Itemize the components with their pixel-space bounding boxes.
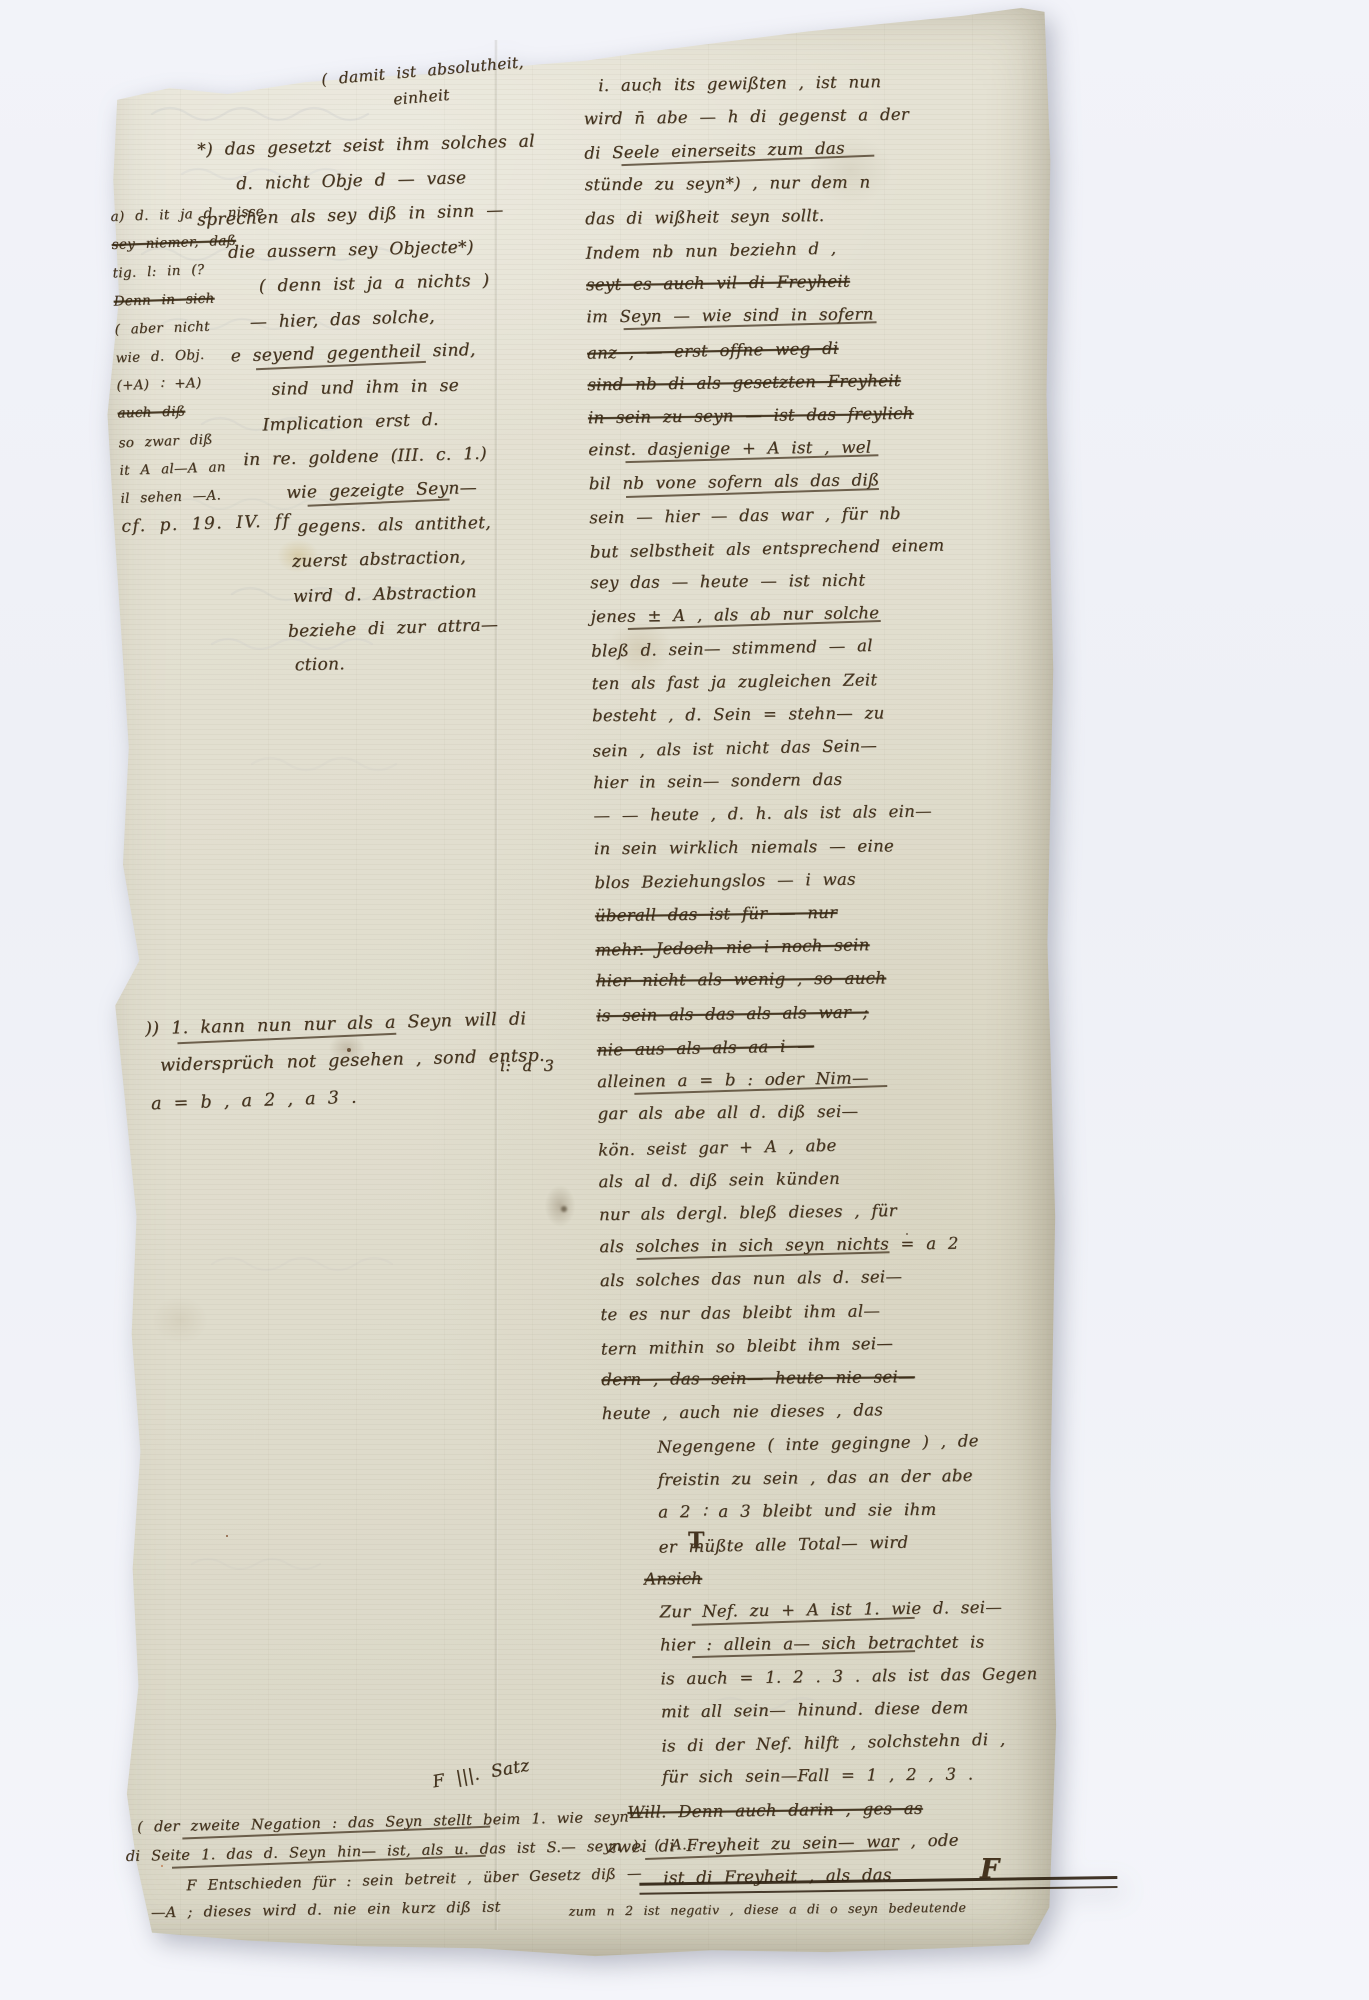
right-text-column: i. auch its gewißten , ist nunwird n̄ ab… — [583, 63, 1069, 1929]
manuscript-line: stünde zu seyn*) , nur dem n — [584, 163, 1044, 201]
manuscript-line: cf. p. 19. IV. ff — [121, 507, 291, 541]
manuscript-line: einst. dasjenige + A ist , wel — [588, 429, 1048, 467]
manuscript-line: in sein wirklich niemals — eine — [594, 827, 1054, 865]
numbered-note-block: )) 1. kann nun nur als a Seyn will diwid… — [145, 1001, 547, 1122]
manuscript-line: — — heute , d. h. als ist als ein— — [593, 793, 1053, 833]
manuscript-line: zum n 2 ist negativ , diese a di o seyn … — [569, 1890, 1069, 1928]
manuscript-line: ten als fast ja zugleichen Zeit — [591, 660, 1051, 700]
ink-specks — [92, 4, 96, 8]
scanned-manuscript-page: { "meta": { "description": "Scan of a si… — [0, 0, 1369, 2000]
paper-sheet-wrap: ( damit ist absolutheit,einheit *) das g… — [0, 0, 1369, 2000]
manuscript-line: nur als dergl. bleß dieses , für — [599, 1192, 1059, 1232]
manuscript-line: für sich sein—Fall = 1 , 2 , 3 . — [662, 1757, 1067, 1794]
manuscript-line: ction. — [294, 642, 548, 682]
letter-f-mark: F — [980, 1854, 999, 1885]
dagger-mark: T — [688, 1528, 705, 1554]
star-annotation-block: *) das gesetzt seist ihm solches ald. ni… — [255, 124, 549, 683]
manuscript-line: sey das — heute — ist nicht — [590, 562, 1050, 600]
inline-formula-ia3: i: a 3 — [500, 1056, 554, 1075]
manuscript-line: wie gezeigte Seyn— — [286, 469, 544, 510]
manuscript-line: Zur Nef. zu + A ist 1. wie d. sei— — [659, 1590, 1064, 1629]
manuscript-line: dern , das sein— heute nie sei— — [601, 1359, 1061, 1397]
manuscript-line: ist di Freyheit , als das — [663, 1856, 1068, 1895]
manuscript-line: freistin zu sein , das an der abe — [658, 1457, 1063, 1496]
manuscript-line: hier : allein a— sich betrachtet is — [660, 1624, 1065, 1661]
left-margin-note-block: a) d. it ja d. nissesey niemer, daßtig. … — [110, 197, 291, 541]
manuscript-line: als solches in sich seyn nichts = a 2 — [599, 1226, 1059, 1264]
manuscript-line: is auch = 1. 2 . 3 . als ist das Gegen — [660, 1656, 1065, 1695]
manuscript-line: hier nicht als wenig , so auch — [596, 960, 1056, 998]
